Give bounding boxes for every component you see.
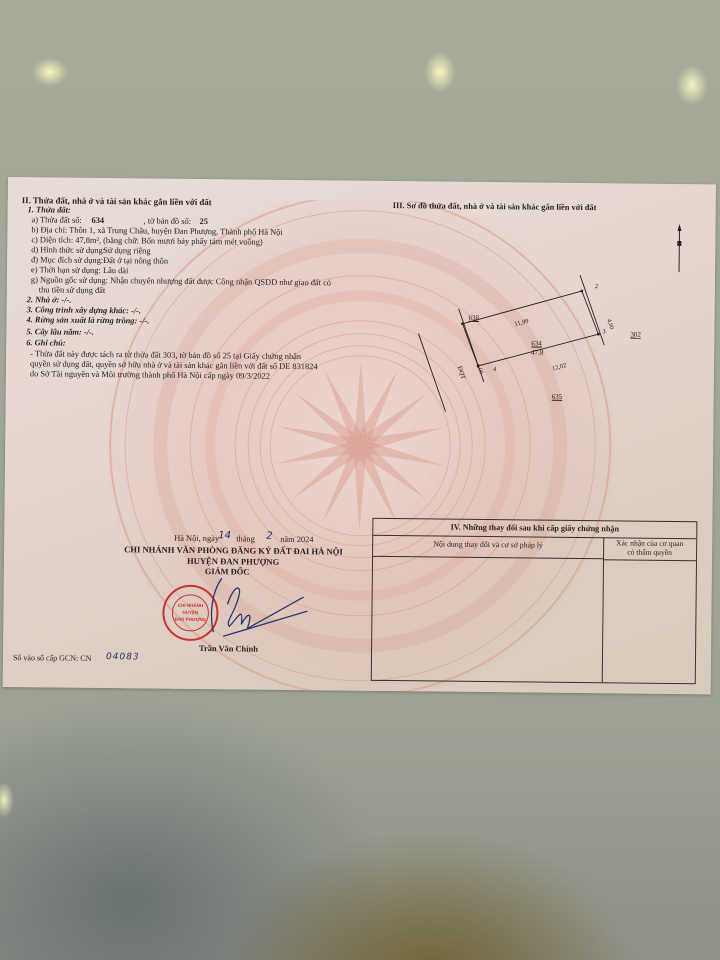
perennial-trees: 5. Cây lâu năm: -/-. (26, 327, 94, 338)
north-arrow-icon (672, 224, 687, 274)
section-3-title: III. Sơ đồ thửa đất, nhà ở và tài sản kh… (393, 201, 597, 213)
handwritten-signature-icon (203, 574, 314, 645)
year-label: năm 2024 (280, 535, 313, 546)
use-term-value: Lâu dài (103, 266, 128, 276)
parcel-area: 47,8 (531, 347, 543, 357)
map-sheet-value: 25 (199, 217, 207, 227)
changes-column-header: Nội dung thay đổi và cơ sở pháp lý (373, 535, 604, 559)
registry-number: 04083 (106, 652, 140, 663)
authority-header-line-2: có thẩm quyền (603, 547, 696, 557)
date-day: 14 (218, 531, 231, 541)
changes-table: IV. Những thay đổi sau khi cấp giấy chứn… (371, 518, 698, 684)
vertex-2: 2 (595, 282, 598, 292)
stamp-text-2: HUYỆN (183, 608, 199, 615)
house: 2. Nhà ở: -/-. (27, 295, 72, 306)
issuing-office: CHI NHÁNH VĂN PHÒNG ĐĂNG KÝ ĐẤT ĐAI HÀ N… (124, 544, 343, 556)
vertex-4: 4 (493, 365, 496, 375)
authority-header-line-1: Xác nhận của cơ quan (603, 538, 696, 548)
month-label: tháng (236, 534, 255, 544)
issuing-district: HUYỆN ĐAN PHƯỢNG (187, 556, 279, 567)
land-heading: 1. Thửa đất: (28, 205, 71, 216)
stamp-text-3: ĐAN PHƯỢNG (175, 617, 207, 622)
neighbor-south: 635 (552, 392, 563, 402)
date-month: 2 (266, 532, 272, 542)
vertex-1: 1 (474, 315, 477, 325)
table-column-divider (602, 558, 604, 682)
neighbor-east: 302 (630, 330, 641, 340)
production-forest: 4. Rừng sản xuất là rừng trồng: -/-. (26, 315, 149, 326)
notes-line-3: do Sở Tài nguyên và Môi trường thành phố… (30, 369, 270, 382)
vertex-3: 3 (602, 327, 605, 337)
authority-column-header: Xác nhận của cơ quan có thẩm quyền (603, 537, 696, 561)
signer-name: Trần Văn Chính (199, 644, 258, 655)
date-prefix: Hà Nội, ngày (174, 534, 219, 545)
registry-label: Số vào sổ cấp GCN: CN (13, 653, 92, 664)
parcel-number-value: 634 (91, 216, 104, 226)
land-use-certificate-page: II. Thửa đất, nhà ở và tài sản khác gắn … (3, 177, 716, 694)
stamp-text-1: CHI NHÁNH (178, 602, 203, 608)
notes-heading: 6. Ghi chú: (26, 338, 65, 349)
